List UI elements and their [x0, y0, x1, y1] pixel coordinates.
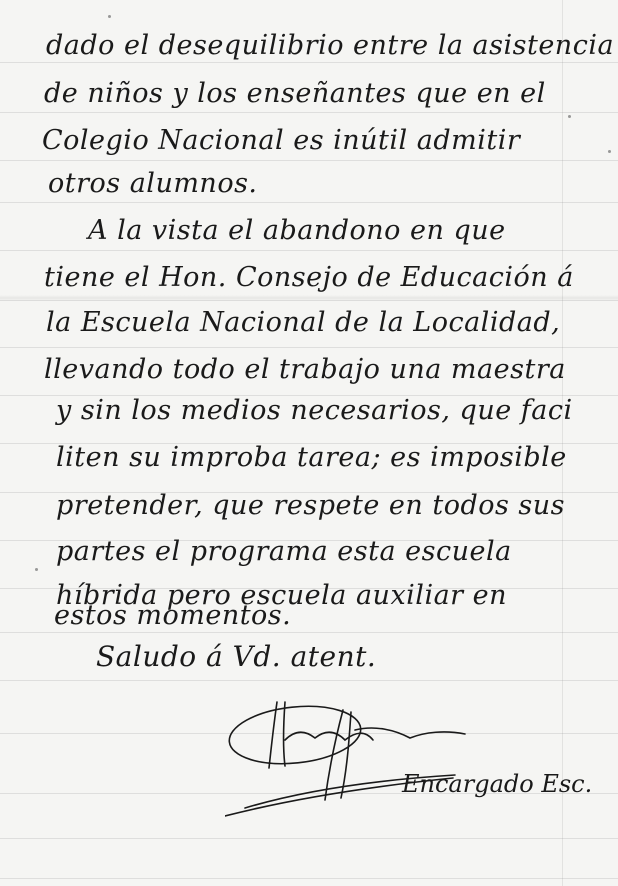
- ruled-line: [0, 160, 618, 161]
- signer-role: Encargado Esc.: [402, 770, 592, 798]
- letter-line-14: estos momentos.: [54, 600, 291, 631]
- ruled-line: [0, 62, 618, 63]
- ruled-line: [0, 112, 618, 113]
- letter-line-5: A la vista el abandono en que: [88, 215, 506, 246]
- letter-line-9: y sin los medios necesarios, que faci: [56, 395, 573, 426]
- closing-salutation: Saludo á Vd. atent.: [96, 640, 376, 673]
- letter-line-7: la Escuela Nacional de la Localidad,: [46, 307, 560, 338]
- ink-speck: [568, 115, 571, 118]
- letter-line-1: dado el desequilibrio entre la asistenci…: [46, 30, 614, 61]
- signature: [225, 690, 525, 820]
- ruled-line: [0, 838, 618, 839]
- ink-speck: [608, 150, 611, 153]
- ruled-line: [0, 878, 618, 879]
- letter-line-2: de niños y los enseñantes que en el: [44, 78, 546, 109]
- letter-line-3: Colegio Nacional es inútil admitir: [42, 125, 520, 156]
- signature-flourish-icon: [225, 690, 525, 820]
- ink-speck: [108, 15, 111, 18]
- ink-speck: [35, 568, 38, 571]
- ruled-line: [0, 632, 618, 633]
- letter-line-12: partes el programa esta escuela: [56, 536, 512, 567]
- ruled-line: [0, 250, 618, 251]
- letter-line-6: tiene el Hon. Consejo de Educación á: [44, 262, 574, 293]
- letter-line-10: liten su improba tarea; es imposible: [56, 442, 567, 473]
- letter-page: dado el desequilibrio entre la asistenci…: [0, 0, 618, 886]
- ruled-line: [0, 680, 618, 681]
- paper-fold: [0, 295, 618, 301]
- letter-line-11: pretender, que respete en todos sus: [56, 490, 565, 521]
- letter-line-8: llevando todo el trabajo una maestra: [44, 354, 566, 385]
- ruled-line: [0, 347, 618, 348]
- ruled-line: [0, 202, 618, 203]
- letter-line-4: otros alumnos.: [48, 168, 258, 199]
